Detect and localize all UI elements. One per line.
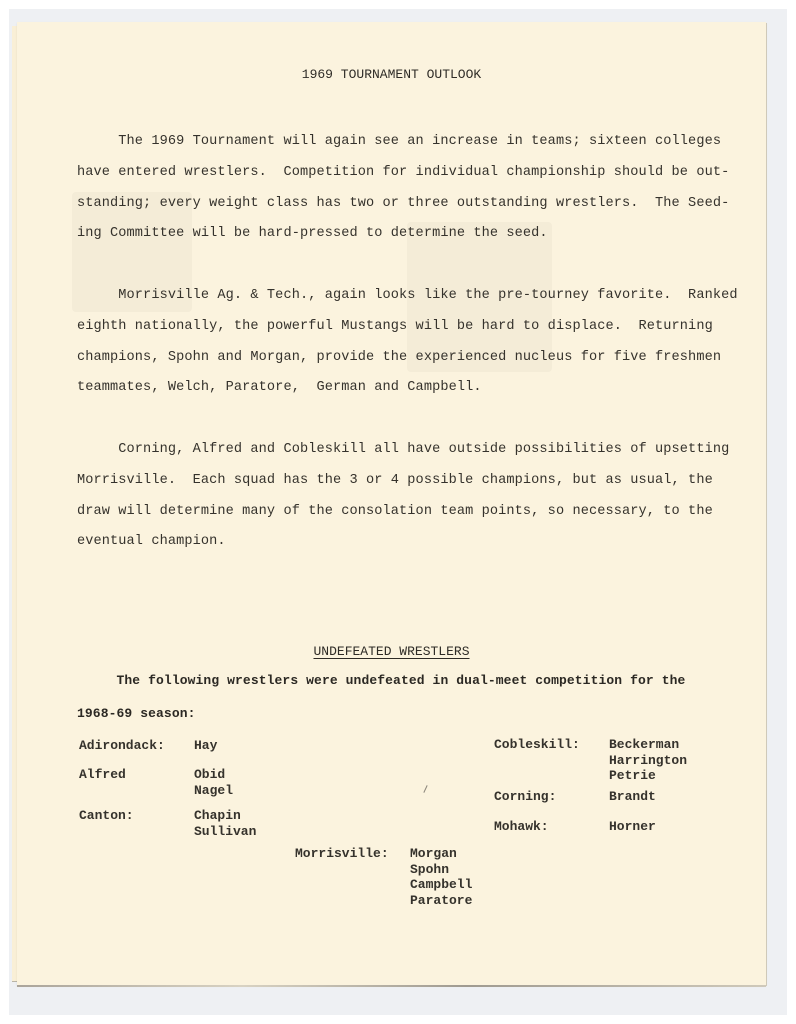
page-title: 1969 TOURNAMENT OUTLOOK <box>17 67 766 82</box>
paragraph-line: eighth nationally, the powerful Mustangs… <box>77 319 713 334</box>
paragraph-line: standing; every weight class has two or … <box>77 196 729 211</box>
wrestler-names: Morgan Spohn Campbell Paratore <box>410 846 472 908</box>
paragraph-line: Morrisville. Each squad has the 3 or 4 p… <box>77 473 713 488</box>
paragraph-line: Corning, Alfred and Cobleskill all have … <box>77 442 729 457</box>
school-name: Morrisville: <box>295 846 389 861</box>
wrestler-names: Hay <box>194 738 217 754</box>
school-name: Adirondack: <box>79 738 165 753</box>
paragraph-line: The 1969 Tournament will again see an in… <box>77 134 721 149</box>
paragraph-line: ing Committee will be hard-pressed to de… <box>77 226 548 241</box>
paragraph-line: draw will determine many of the consolat… <box>77 504 713 519</box>
school-name: Corning: <box>494 789 556 804</box>
undefeated-heading: UNDEFEATED WRESTLERS <box>17 644 766 659</box>
paragraph-line: have entered wrestlers. Competition for … <box>77 165 729 180</box>
paragraph-line: Morrisville Ag. & Tech., again looks lik… <box>77 288 738 303</box>
intro-line: 1968-69 season: <box>77 706 196 721</box>
school-name: Alfred <box>79 767 126 782</box>
paragraph-line: champions, Spohn and Morgan, provide the… <box>77 350 721 365</box>
school-name: Mohawk: <box>494 819 549 834</box>
wrestler-names: Brandt <box>609 789 656 805</box>
wrestler-names: Beckerman Harrington Petrie <box>609 737 687 784</box>
school-name: Canton: <box>79 808 134 823</box>
wrestler-names: Obid Nagel <box>194 767 233 798</box>
wrestler-names: Chapin Sullivan <box>194 808 256 839</box>
document-page: 1969 TOURNAMENT OUTLOOK The 1969 Tournam… <box>17 22 766 985</box>
school-name: Cobleskill: <box>494 737 580 752</box>
pencil-mark <box>423 785 427 793</box>
wrestler-names: Horner <box>609 819 656 835</box>
intro-line: The following wrestlers were undefeated … <box>77 673 685 688</box>
paragraph-line: eventual champion. <box>77 534 226 549</box>
paragraph-line: teammates, Welch, Paratore, German and C… <box>77 380 482 395</box>
